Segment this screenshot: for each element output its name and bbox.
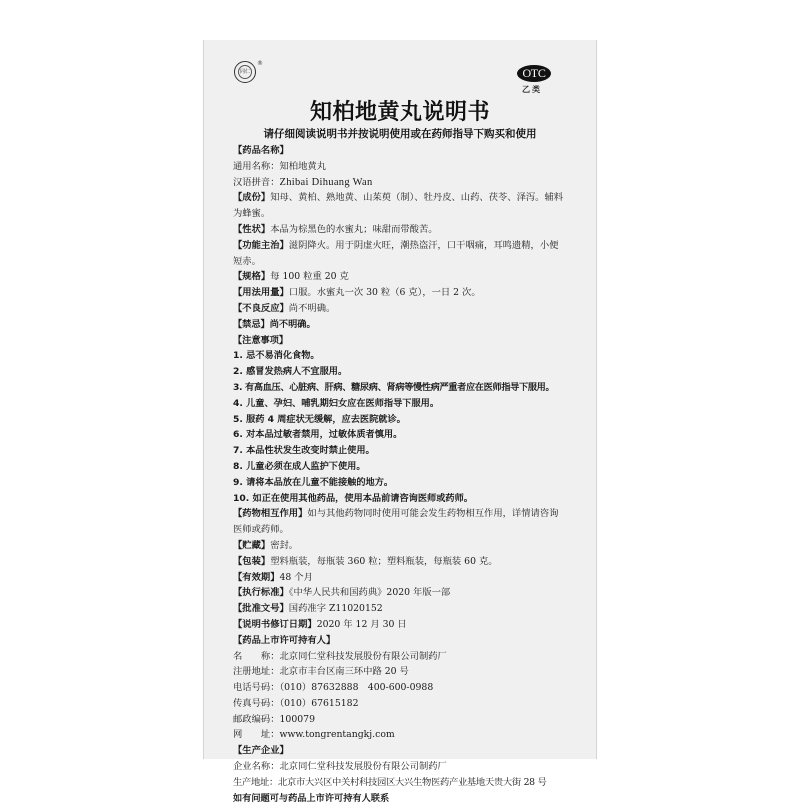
specification-heading: 【规格】 bbox=[233, 271, 270, 282]
holder-phone-row: 电话号码：（010）87632888 400-600-0988 bbox=[233, 680, 573, 696]
description-text: 本品为棕黑色的水蜜丸；味甜而带酸苦。 bbox=[270, 224, 437, 235]
registered-mark: ® bbox=[257, 60, 263, 67]
tongrentang-logo-icon: 同仁堂 bbox=[234, 61, 256, 83]
precaution-item-8: 8. 儿童必须在成人监护下使用。 bbox=[233, 459, 573, 475]
leaflet-body: 【药品名称】 通用名称：知柏地黄丸 汉语拼音：Zhibai Dihuang Wa… bbox=[233, 143, 573, 800]
packaging-text: 塑料瓶装，每瓶装 360 粒；塑料瓶装，每瓶装 60 克。 bbox=[270, 556, 497, 567]
revision-date-text: 2020 年 12 月 30 日 bbox=[317, 619, 407, 630]
precaution-item-10: 10. 如正在使用其他药品，使用本品前请咨询医师或药师。 bbox=[233, 491, 573, 507]
storage-row: 【贮藏】密封。 bbox=[233, 538, 573, 554]
holder-fax-row: 传真号码：（010）67615182 bbox=[233, 696, 573, 712]
holder-website-link[interactable]: www.tongrentangkj.com bbox=[280, 729, 395, 740]
specification-row: 【规格】每 100 粒重 20 克 bbox=[233, 269, 573, 285]
generic-name-row: 通用名称：知柏地黄丸 bbox=[233, 159, 573, 175]
precaution-item-1: 1. 忌不易消化食物。 bbox=[233, 348, 573, 364]
otc-badge: OTC bbox=[517, 65, 551, 82]
adverse-reactions-heading: 【不良反应】 bbox=[233, 303, 289, 314]
specification-text: 每 100 粒重 20 克 bbox=[270, 271, 349, 282]
indications-row-continued: 短赤。 bbox=[233, 254, 573, 270]
holder-fax-value: （010）67615182 bbox=[280, 698, 359, 709]
logo-text: 同仁堂 bbox=[238, 65, 252, 79]
ingredients-heading: 【成份】 bbox=[233, 192, 270, 203]
manufacturer-heading: 【生产企业】 bbox=[233, 743, 573, 759]
holder-fax-label: 传真号码： bbox=[233, 698, 280, 709]
revision-date-heading: 【说明书修订日期】 bbox=[233, 619, 317, 630]
manufacturer-address-row: 生产地址：北京市大兴区中关村科技园区大兴生物医药产业基地天贵大街 28 号 bbox=[233, 775, 573, 791]
precaution-item-4: 4. 儿童、孕妇、哺乳期妇女应在医师指导下服用。 bbox=[233, 396, 573, 412]
approval-number-text: 国药准字 Z11020152 bbox=[289, 603, 383, 614]
indications-heading: 【功能主治】 bbox=[233, 240, 289, 251]
holder-address-value: 北京市丰台区南三环中路 20 号 bbox=[280, 666, 409, 677]
precaution-item-3: 3. 有高血压、心脏病、肝病、糖尿病、肾病等慢性病严重者应在医师指导下服用。 bbox=[233, 380, 573, 396]
standard-heading: 【执行标准】 bbox=[233, 587, 289, 598]
contraindications-row: 【禁忌】尚不明确。 bbox=[233, 317, 573, 333]
manufacturer-company-label: 企业名称： bbox=[233, 761, 280, 772]
generic-name-label: 通用名称： bbox=[233, 161, 280, 172]
document-subtitle: 请仔细阅读说明书并按说明使用或在药师指导下购买和使用 bbox=[204, 126, 596, 141]
storage-heading: 【贮藏】 bbox=[233, 540, 270, 551]
ingredients-row-continued: 为蜂蜜。 bbox=[233, 206, 573, 222]
holder-postcode-row: 邮政编码：100079 bbox=[233, 712, 573, 728]
pinyin-row: 汉语拼音：Zhibai Dihuang Wan bbox=[233, 175, 573, 191]
holder-phone-label: 电话号码： bbox=[233, 682, 280, 693]
interactions-text: 如与其他药物同时使用可能会发生药物相互作用，详情请咨询 bbox=[307, 508, 558, 519]
precaution-item-5: 5. 服药 4 周症状无缓解，应去医院就诊。 bbox=[233, 412, 573, 428]
dosage-text: 口服。水蜜丸一次 30 粒（6 克），一日 2 次。 bbox=[289, 287, 481, 298]
holder-phone-value: （010）87632888 400-600-0988 bbox=[280, 682, 434, 693]
contraindications-text: 尚不明确。 bbox=[270, 319, 316, 330]
holder-postcode-value: 100079 bbox=[280, 714, 316, 725]
interactions-row-continued: 医师或药师。 bbox=[233, 522, 573, 538]
precaution-item-7: 7. 本品性状发生改变时禁止使用。 bbox=[233, 443, 573, 459]
indications-row: 【功能主治】滋阴降火。用于阴虚火旺，潮热盗汗，口干咽痛，耳鸣遗精，小便 bbox=[233, 238, 573, 254]
holder-website-row: 网 址：www.tongrentangkj.com bbox=[233, 727, 573, 743]
document-title: 知柏地黄丸说明书 bbox=[204, 95, 596, 126]
holder-name-label: 名 称： bbox=[233, 651, 280, 662]
generic-name-value: 知柏地黄丸 bbox=[280, 161, 327, 172]
interactions-heading: 【药物相互作用】 bbox=[233, 508, 307, 519]
manufacturer-address-label: 生产地址： bbox=[233, 777, 278, 788]
description-heading: 【性状】 bbox=[233, 224, 270, 235]
precaution-item-2: 2. 感冒发热病人不宜服用。 bbox=[233, 364, 573, 380]
packaging-row: 【包装】塑料瓶装，每瓶装 360 粒；塑料瓶装，每瓶装 60 克。 bbox=[233, 554, 573, 570]
holder-postcode-label: 邮政编码： bbox=[233, 714, 280, 725]
footer-note: 如有问题可与药品上市许可持有人联系 bbox=[233, 791, 573, 800]
holder-website-label: 网 址： bbox=[233, 729, 280, 740]
holder-name-row: 名 称：北京同仁堂科技发展股份有限公司制药厂 bbox=[233, 649, 573, 665]
indications-text: 滋阴降火。用于阴虚火旺，潮热盗汗，口干咽痛，耳鸣遗精，小便 bbox=[289, 240, 559, 251]
shelf-life-heading: 【有效期】 bbox=[233, 572, 280, 583]
dosage-heading: 【用法用量】 bbox=[233, 287, 289, 298]
holder-address-row: 注册地址：北京市丰台区南三环中路 20 号 bbox=[233, 664, 573, 680]
precaution-item-9: 9. 请将本品放在儿童不能接触的地方。 bbox=[233, 475, 573, 491]
dosage-row: 【用法用量】口服。水蜜丸一次 30 粒（6 克），一日 2 次。 bbox=[233, 285, 573, 301]
standard-text: 《中华人民共和国药典》2020 年版一部 bbox=[289, 587, 450, 598]
standard-row: 【执行标准】《中华人民共和国药典》2020 年版一部 bbox=[233, 585, 573, 601]
section-drug-name-heading: 【药品名称】 bbox=[233, 143, 573, 159]
manufacturer-address-value: 北京市大兴区中关村科技园区大兴生物医药产业基地天贵大街 28 号 bbox=[278, 777, 546, 788]
approval-number-heading: 【批准文号】 bbox=[233, 603, 289, 614]
revision-date-row: 【说明书修订日期】2020 年 12 月 30 日 bbox=[233, 617, 573, 633]
contraindications-heading: 【禁忌】 bbox=[233, 319, 270, 330]
otc-class-label: 乙类 bbox=[522, 84, 542, 95]
adverse-reactions-text: 尚不明确。 bbox=[289, 303, 336, 314]
ingredients-text: 知母、黄柏、熟地黄、山茱萸（制）、牡丹皮、山药、茯苓、泽泻。辅料 bbox=[270, 192, 563, 203]
precaution-item-6: 6. 对本品过敏者禁用，过敏体质者慎用。 bbox=[233, 427, 573, 443]
holder-name-value: 北京同仁堂科技发展股份有限公司制药厂 bbox=[280, 651, 447, 662]
manufacturer-company-row: 企业名称：北京同仁堂科技发展股份有限公司制药厂 bbox=[233, 759, 573, 775]
packaging-heading: 【包装】 bbox=[233, 556, 270, 567]
approval-number-row: 【批准文号】国药准字 Z11020152 bbox=[233, 601, 573, 617]
manufacturer-company-value: 北京同仁堂科技发展股份有限公司制药厂 bbox=[280, 761, 447, 772]
storage-text: 密封。 bbox=[270, 540, 298, 551]
precautions-heading: 【注意事项】 bbox=[233, 333, 573, 349]
shelf-life-text: 48 个月 bbox=[280, 572, 313, 583]
ingredients-row: 【成份】知母、黄柏、熟地黄、山茱萸（制）、牡丹皮、山药、茯苓、泽泻。辅料 bbox=[233, 190, 573, 206]
shelf-life-row: 【有效期】48 个月 bbox=[233, 570, 573, 586]
interactions-row: 【药物相互作用】如与其他药物同时使用可能会发生药物相互作用，详情请咨询 bbox=[233, 506, 573, 522]
pinyin-value: Zhibai Dihuang Wan bbox=[280, 177, 373, 188]
pinyin-label: 汉语拼音： bbox=[233, 177, 280, 188]
adverse-reactions-row: 【不良反应】尚不明确。 bbox=[233, 301, 573, 317]
holder-address-label: 注册地址： bbox=[233, 666, 280, 677]
description-row: 【性状】本品为棕黑色的水蜜丸；味甜而带酸苦。 bbox=[233, 222, 573, 238]
leaflet-card: 同仁堂 ® OTC 乙类 知柏地黄丸说明书 请仔细阅读说明书并按说明使用或在药师… bbox=[203, 40, 597, 759]
marketing-holder-heading: 【药品上市许可持有人】 bbox=[233, 633, 573, 649]
